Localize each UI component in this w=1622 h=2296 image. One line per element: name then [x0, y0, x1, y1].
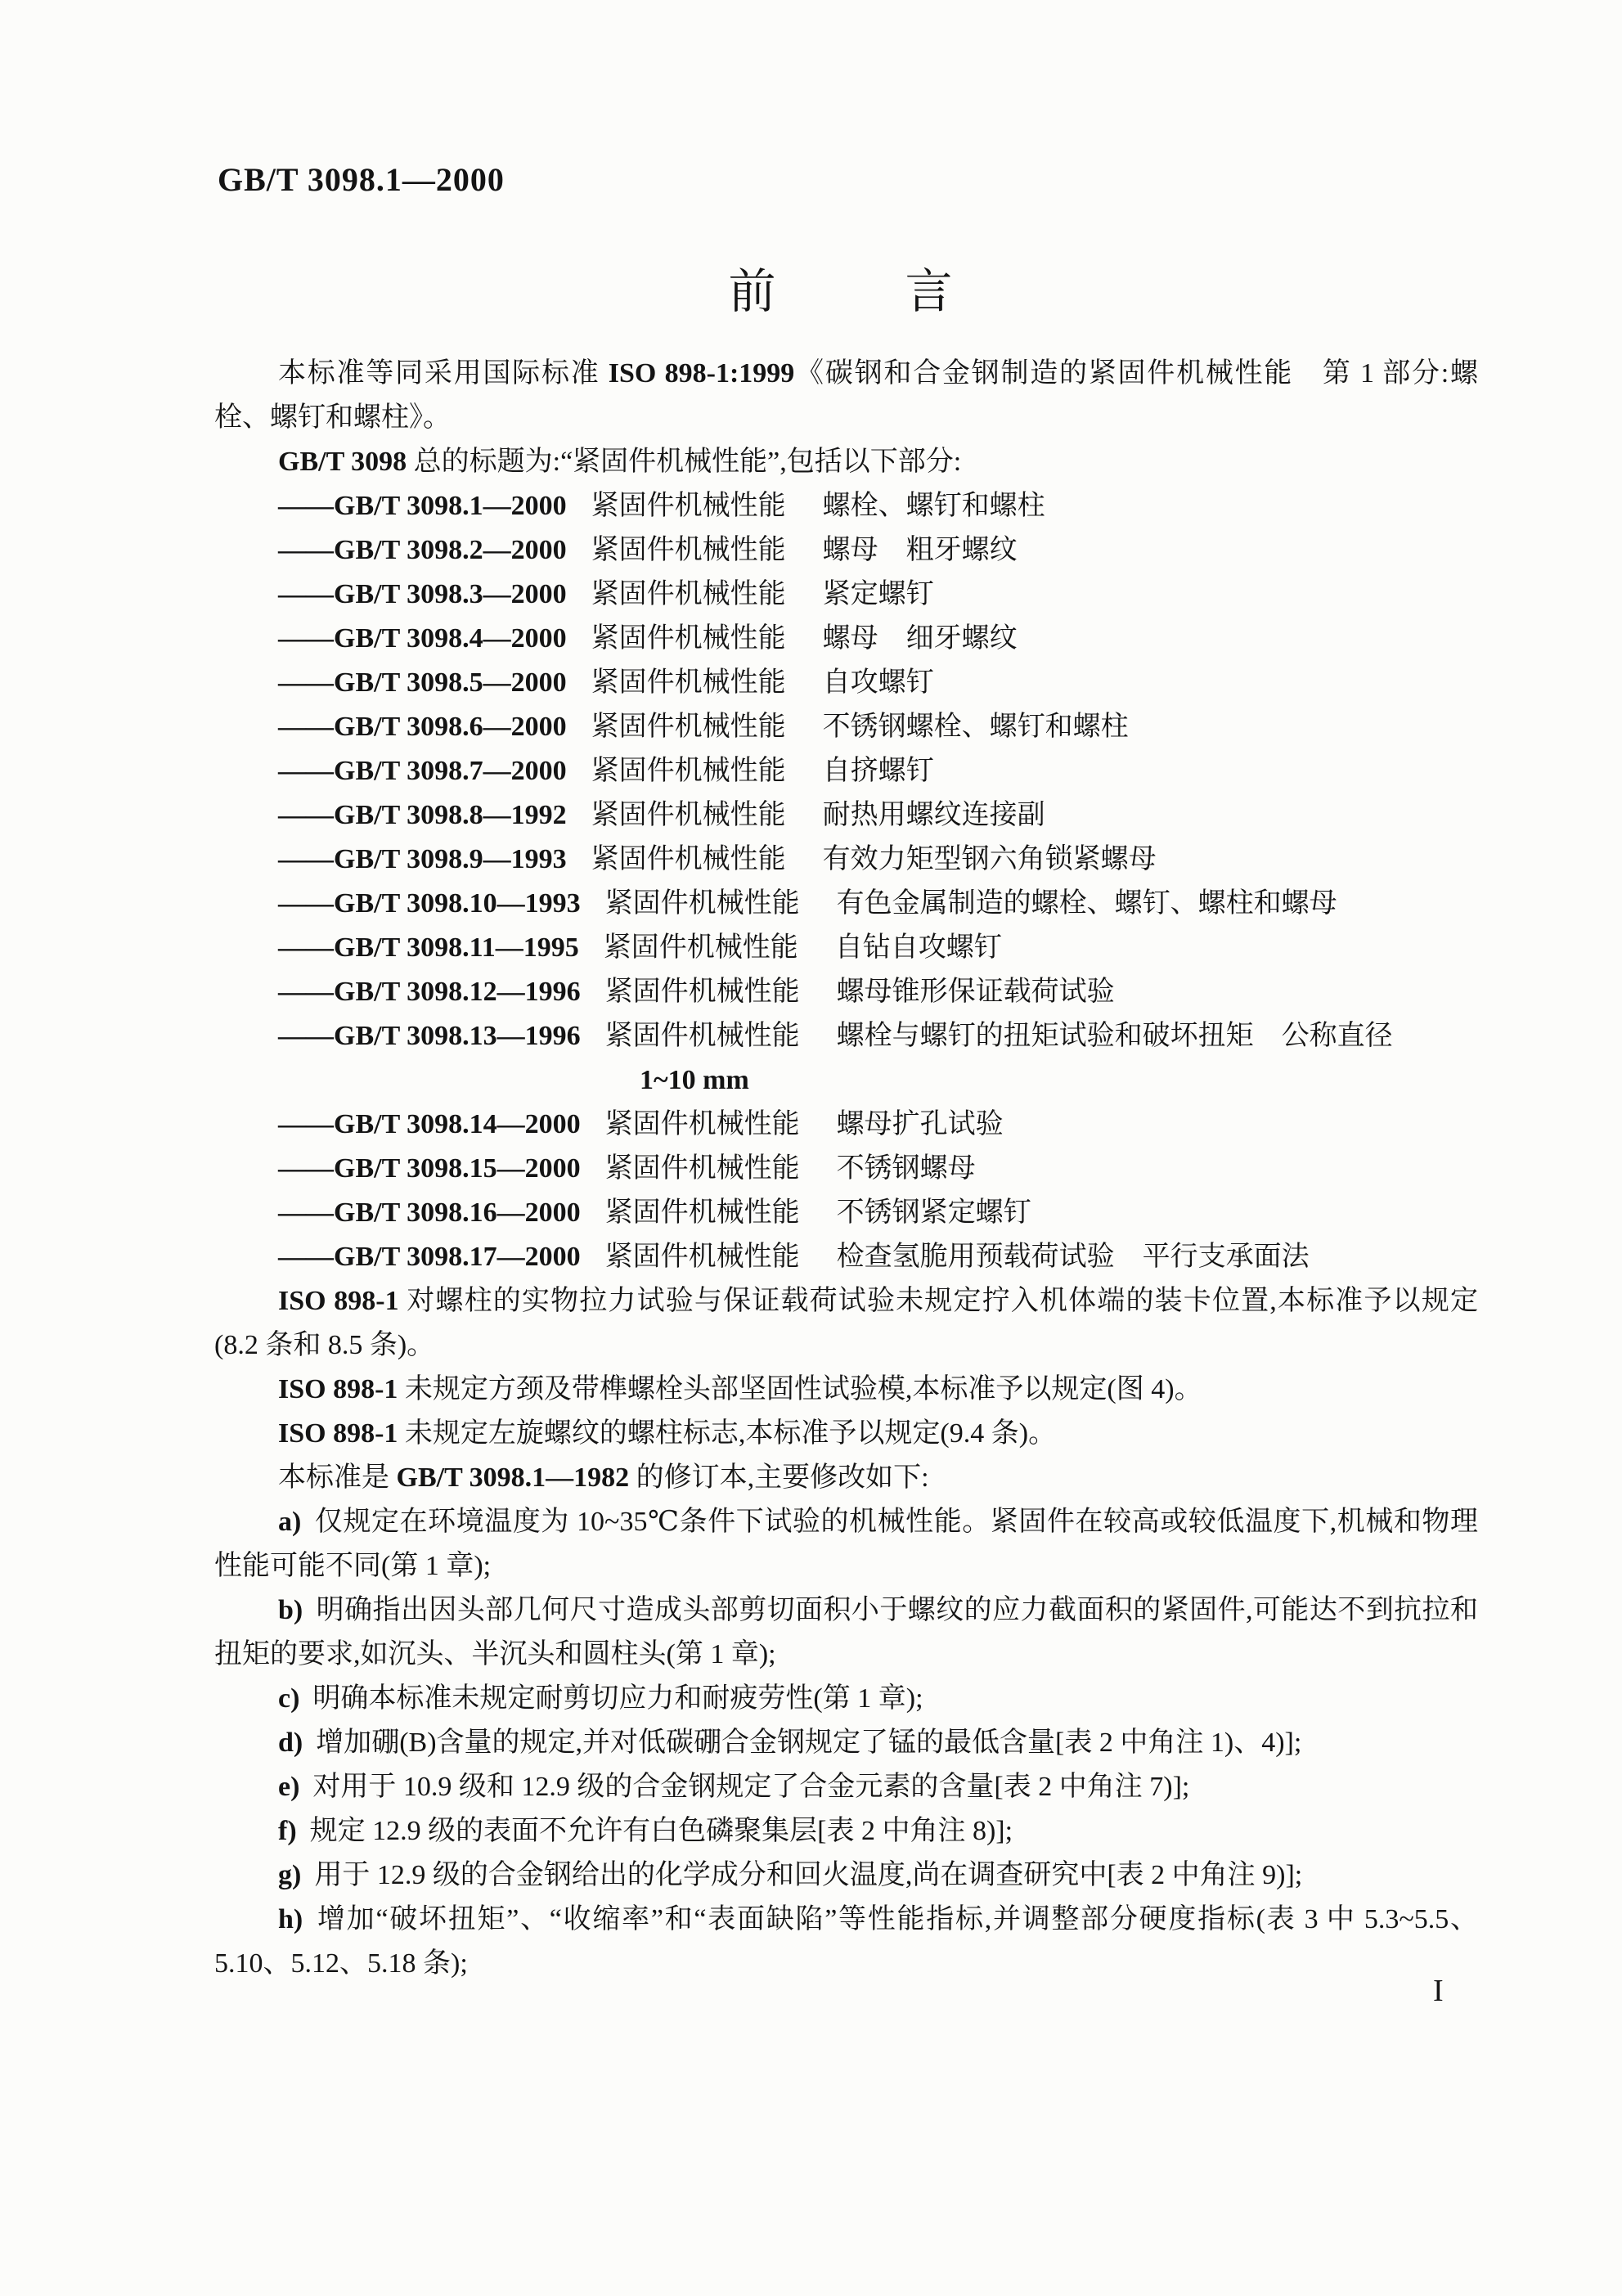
change-text: 仅规定在环境温度为 10~35℃条件下试验的机械性能。紧固件在较高或较低温度下,… — [214, 1507, 1478, 1581]
standard-item: ——GB/T 3098.9—1993紧固件机械性能有效力矩型钢六角锁紧螺母 — [214, 838, 1478, 882]
list-dash: —— — [278, 844, 334, 874]
standard-code: GB/T 3098.9—1993 — [334, 844, 567, 874]
list-dash: —— — [278, 888, 334, 919]
change-item: b)明确指出因头部几何尺寸造成头部剪切面积小于螺纹的应力截面积的紧固件,可能达不… — [214, 1588, 1478, 1677]
series-title-paragraph: GB/T 3098 总的标题为:“紧固件机械性能”,包括以下部分: — [214, 440, 1478, 484]
iso-note-text: 未规定方颈及带榫螺栓头部坚固性试验模,本标准予以规定(图 4)。 — [398, 1374, 1202, 1404]
iso-standard-code: ISO 898-1 — [278, 1418, 398, 1449]
standard-item: ——GB/T 3098.7—2000紧固件机械性能自挤螺钉 — [214, 749, 1478, 793]
standard-item: ——GB/T 3098.8—1992紧固件机械性能耐热用螺纹连接副 — [214, 793, 1478, 838]
change-text: 规定 12.9 级的表面不允许有白色磷聚集层[表 2 中角注 8)]; — [310, 1816, 1013, 1846]
standard-desc: 螺母 细牙螺纹 — [823, 623, 1018, 654]
iso-note-text: 未规定左旋螺纹的螺柱标志,本标准予以规定(9.4 条)。 — [398, 1418, 1056, 1449]
standard-code: GB/T 3098.5—2000 — [334, 667, 567, 698]
list-dash: —— — [278, 756, 334, 786]
change-label: g) — [278, 1860, 301, 1890]
iso-note: ISO 898-1 未规定方颈及带榫螺栓头部坚固性试验模,本标准予以规定(图 4… — [214, 1368, 1478, 1412]
standard-code: GB/T 3098.2—2000 — [334, 535, 567, 565]
revision-paragraph: 本标准是 GB/T 3098.1—1982 的修订本,主要修改如下: — [214, 1456, 1478, 1500]
standard-category: 紧固件机械性能 — [605, 977, 800, 1007]
list-dash: —— — [278, 1197, 334, 1228]
standard-category: 紧固件机械性能 — [605, 1109, 800, 1139]
intro-paragraph: 本标准等同采用国际标准 ISO 898-1:1999《碳钢和合金钢制造的紧固件机… — [214, 352, 1478, 440]
standard-category: 紧固件机械性能 — [591, 579, 786, 609]
standard-desc: 不锈钢紧定螺钉 — [837, 1197, 1031, 1228]
standard-desc: 有色金属制造的螺栓、螺钉、螺柱和螺母 — [837, 888, 1337, 919]
standard-code: GB/T 3098.1—2000 — [334, 491, 567, 521]
iso-note: ISO 898-1 未规定左旋螺纹的螺柱标志,本标准予以规定(9.4 条)。 — [214, 1412, 1478, 1456]
standard-code: GB/T 3098.13—1996 — [334, 1021, 581, 1051]
standard-item: ——GB/T 3098.3—2000紧固件机械性能紧定螺钉 — [214, 573, 1478, 617]
standard-item: ——GB/T 3098.5—2000紧固件机械性能自攻螺钉 — [214, 661, 1478, 705]
change-item: c)明确本标准未规定耐剪切应力和耐疲劳性(第 1 章); — [214, 1677, 1478, 1721]
standard-category: 紧固件机械性能 — [591, 844, 786, 874]
standard-desc: 螺母 粗牙螺纹 — [823, 535, 1018, 565]
change-label: f) — [278, 1816, 297, 1846]
standard-category: 紧固件机械性能 — [591, 623, 786, 654]
list-dash: —— — [278, 800, 334, 830]
page-number: I — [1433, 1973, 1444, 2009]
standard-item: ——GB/T 3098.6—2000紧固件机械性能不锈钢螺栓、螺钉和螺柱 — [214, 705, 1478, 749]
standard-item: ——GB/T 3098.15—2000紧固件机械性能不锈钢螺母 — [214, 1147, 1478, 1191]
iso-standard-code: ISO 898-1 — [278, 1374, 398, 1404]
page-title-char: 前 — [728, 263, 775, 321]
change-item: h)增加“破坏扭矩”、“收缩率”和“表面缺陷”等性能指标,并调整部分硬度指标(表… — [214, 1898, 1478, 1986]
standard-code: GB/T 3098.16—2000 — [334, 1197, 581, 1228]
list-dash: —— — [278, 977, 334, 1007]
standard-code: GB/T 3098.15—2000 — [334, 1153, 581, 1184]
standard-category: 紧固件机械性能 — [605, 1197, 800, 1228]
standard-code: GB/T 3098.4—2000 — [334, 623, 567, 654]
iso-note-text: 对螺柱的实物拉力试验与保证载荷试验未规定拧入机体端的装卡位置,本标准予以规定(8… — [214, 1286, 1478, 1360]
standard-category: 紧固件机械性能 — [605, 1153, 800, 1184]
change-label: b) — [278, 1595, 303, 1625]
standard-desc: 耐热用螺纹连接副 — [823, 800, 1045, 830]
standard-category: 紧固件机械性能 — [591, 491, 786, 521]
change-label: e) — [278, 1772, 299, 1802]
standard-desc: 螺栓、螺钉和螺柱 — [823, 491, 1045, 521]
iso-note: ISO 898-1 对螺柱的实物拉力试验与保证载荷试验未规定拧入机体端的装卡位置… — [214, 1279, 1478, 1368]
standard-desc: 螺母锥形保证载荷试验 — [837, 977, 1115, 1007]
change-label: d) — [278, 1728, 303, 1758]
standard-category: 紧固件机械性能 — [605, 888, 800, 919]
standard-item: ——GB/T 3098.14—2000紧固件机械性能螺母扩孔试验 — [214, 1103, 1478, 1147]
list-dash: —— — [278, 712, 334, 742]
change-text: 对用于 10.9 级和 12.9 级的合金钢规定了合金元素的含量[表 2 中角注… — [312, 1772, 1189, 1802]
list-dash: —— — [278, 491, 334, 521]
list-dash: —— — [278, 1242, 334, 1272]
standard-desc: 不锈钢螺栓、螺钉和螺柱 — [823, 712, 1129, 742]
change-item: e)对用于 10.9 级和 12.9 级的合金钢规定了合金元素的含量[表 2 中… — [214, 1765, 1478, 1809]
standard-desc: 螺栓与螺钉的扭矩试验和破坏扭矩 公称直径 — [837, 1021, 1393, 1051]
standard-item: ——GB/T 3098.16—2000紧固件机械性能不锈钢紧定螺钉 — [214, 1191, 1478, 1235]
change-label: a) — [278, 1507, 301, 1537]
change-label: c) — [278, 1683, 299, 1714]
standard-code: GB/T 3098.17—2000 — [334, 1242, 581, 1272]
standard-category: 紧固件机械性能 — [591, 535, 786, 565]
standard-code: GB/T 3098.3—2000 — [334, 579, 567, 609]
list-dash: —— — [278, 1109, 334, 1139]
standard-category: 紧固件机械性能 — [604, 932, 798, 963]
standard-item: ——GB/T 3098.11—1995紧固件机械性能自钻自攻螺钉 — [214, 926, 1478, 970]
standard-desc: 紧定螺钉 — [823, 579, 934, 609]
standard-code: GB/T 3098.10—1993 — [334, 888, 581, 919]
change-item: d)增加硼(B)含量的规定,并对低碳硼合金钢规定了锰的最低含量[表 2 中角注 … — [214, 1721, 1478, 1765]
list-dash: —— — [278, 932, 334, 963]
standard-desc: 自挤螺钉 — [823, 756, 934, 786]
standard-desc: 有效力矩型钢六角锁紧螺母 — [823, 844, 1157, 874]
standard-item: ——GB/T 3098.4—2000紧固件机械性能螺母 细牙螺纹 — [214, 617, 1478, 661]
change-text: 用于 12.9 级的合金钢给出的化学成分和回火温度,尚在调查研究中[表 2 中角… — [314, 1860, 1302, 1890]
standard-item: ——GB/T 3098.1—2000紧固件机械性能螺栓、螺钉和螺柱 — [214, 484, 1478, 528]
standard-code: GB/T 3098.12—1996 — [334, 977, 581, 1007]
document-body: 本标准等同采用国际标准 ISO 898-1:1999《碳钢和合金钢制造的紧固件机… — [214, 352, 1478, 1986]
document-page: GB/T 3098.1—2000 前 言 本标准等同采用国际标准 ISO 898… — [0, 0, 1622, 2296]
standard-category: 紧固件机械性能 — [605, 1021, 800, 1051]
standard-desc: 自攻螺钉 — [823, 667, 934, 698]
doc-code-header: GB/T 3098.1—2000 — [218, 160, 505, 199]
list-dash: —— — [278, 579, 334, 609]
change-text: 增加“破坏扭矩”、“收缩率”和“表面缺陷”等性能指标,并调整部分硬度指标(表 3… — [214, 1904, 1478, 1979]
standard-category: 紧固件机械性能 — [605, 1242, 800, 1272]
standard-code: GB/T 3098.7—2000 — [334, 756, 567, 786]
change-item: f)规定 12.9 级的表面不允许有白色磷聚集层[表 2 中角注 8)]; — [214, 1809, 1478, 1853]
gb-series-code: GB/T 3098 — [278, 447, 407, 477]
standard-desc: 检查氢脆用预载荷试验 平行支承面法 — [837, 1242, 1310, 1272]
standard-desc: 螺母扩孔试验 — [837, 1109, 1004, 1139]
iso-standard-code: ISO 898-1 — [278, 1286, 399, 1316]
change-text: 明确指出因头部几何尺寸造成头部剪切面积小于螺纹的应力截面积的紧固件,可能达不到抗… — [214, 1595, 1478, 1669]
revision-post: 的修订本,主要修改如下: — [629, 1463, 928, 1493]
gb-standard-code: GB/T 3098.1—1982 — [397, 1463, 630, 1493]
standard-category: 紧固件机械性能 — [591, 800, 786, 830]
standard-item-continuation: 1~10 mm — [214, 1058, 1478, 1103]
standard-item: ——GB/T 3098.10—1993紧固件机械性能有色金属制造的螺栓、螺钉、螺… — [214, 882, 1478, 926]
intro-pre: 本标准等同采用国际标准 — [278, 358, 609, 389]
change-text: 明确本标准未规定耐剪切应力和耐疲劳性(第 1 章); — [312, 1683, 923, 1714]
list-dash: —— — [278, 1021, 334, 1051]
list-dash: —— — [278, 535, 334, 565]
standard-category: 紧固件机械性能 — [591, 712, 786, 742]
change-item: g)用于 12.9 级的合金钢给出的化学成分和回火温度,尚在调查研究中[表 2 … — [214, 1853, 1478, 1898]
change-item: a)仅规定在环境温度为 10~35℃条件下试验的机械性能。紧固件在较高或较低温度… — [214, 1500, 1478, 1588]
standard-code: GB/T 3098.6—2000 — [334, 712, 567, 742]
list-dash: —— — [278, 1153, 334, 1184]
standard-item: ——GB/T 3098.2—2000紧固件机械性能螺母 粗牙螺纹 — [214, 528, 1478, 573]
standard-item: ——GB/T 3098.17—2000紧固件机械性能检查氢脆用预载荷试验 平行支… — [214, 1235, 1478, 1279]
list-dash: —— — [278, 667, 334, 698]
change-label: h) — [278, 1904, 303, 1934]
standard-code: GB/T 3098.14—2000 — [334, 1109, 581, 1139]
standard-desc: 不锈钢螺母 — [837, 1153, 976, 1184]
change-text: 增加硼(B)含量的规定,并对低碳硼合金钢规定了锰的最低含量[表 2 中角注 1)… — [316, 1728, 1301, 1758]
series-title-text: 总的标题为:“紧固件机械性能”,包括以下部分: — [407, 447, 961, 477]
iso-standard-code: ISO 898-1:1999 — [609, 358, 795, 389]
standard-code: GB/T 3098.11—1995 — [334, 932, 579, 963]
standard-category: 紧固件机械性能 — [591, 756, 786, 786]
standard-item: ——GB/T 3098.13—1996紧固件机械性能螺栓与螺钉的扭矩试验和破坏扭… — [214, 1014, 1478, 1058]
list-dash: —— — [278, 623, 334, 654]
standard-code: GB/T 3098.8—1992 — [334, 800, 567, 830]
revision-pre: 本标准是 — [278, 1463, 397, 1493]
page-title-char: 言 — [905, 263, 953, 321]
standard-category: 紧固件机械性能 — [591, 667, 786, 698]
page-title: 前 言 — [0, 263, 1622, 321]
standard-desc: 自钻自攻螺钉 — [835, 932, 1002, 963]
standard-item: ——GB/T 3098.12—1996紧固件机械性能螺母锥形保证载荷试验 — [214, 970, 1478, 1014]
